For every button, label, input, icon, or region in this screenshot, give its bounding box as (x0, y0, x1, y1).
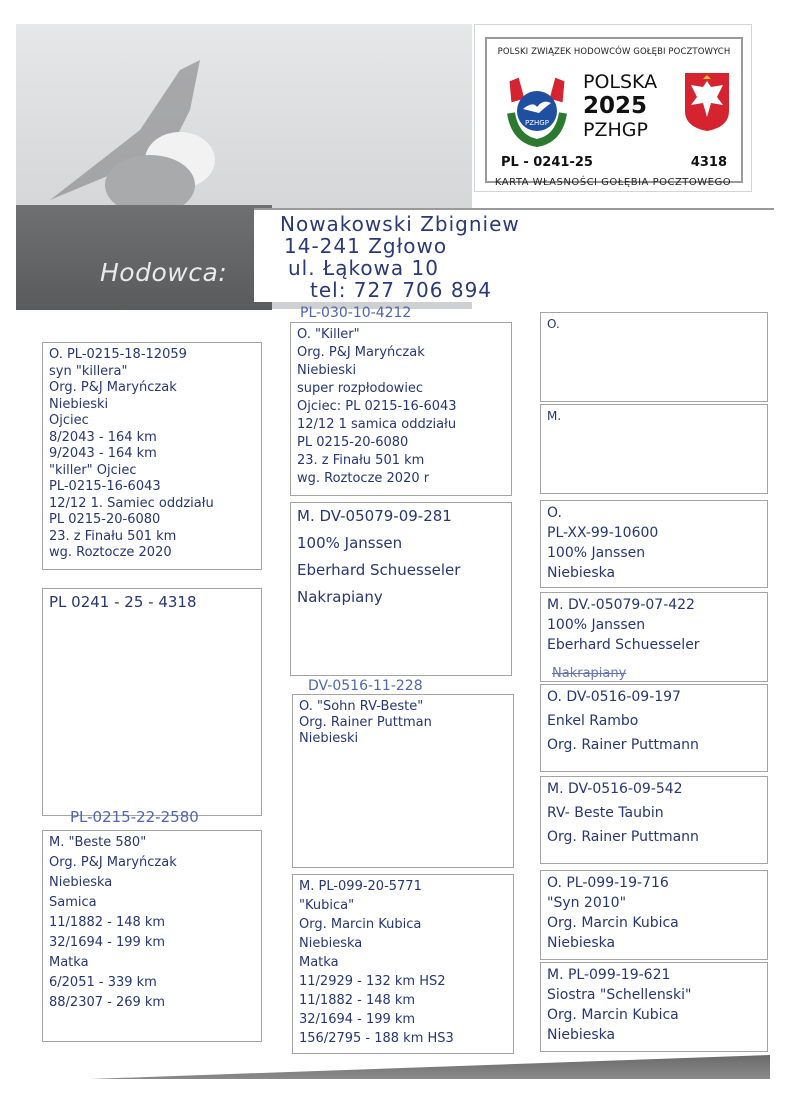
pedigree-line: Niebieska (49, 875, 112, 890)
pedigree-line: O. "Killer" (297, 327, 360, 342)
pigeon-ring: PL 0241 - 25 - 4318 (49, 593, 197, 611)
pedigree-line: 156/2795 - 188 km HS3 (299, 1031, 454, 1046)
pedigree-line: syn "killera" (49, 364, 127, 379)
pedigree-line: O. PL-0215-18-12059 (49, 347, 187, 362)
pedigree-line: Org. Rainer Puttmann (547, 829, 699, 845)
breeder-label: Hodowca: (100, 258, 227, 287)
breeder-postal: 14-241 Zgłowo (284, 234, 447, 258)
pedigree-line: 23. z Finału 501 km (297, 453, 424, 468)
card-footer: KARTA WŁASNOŚCI GOŁĘBIA POCZTOWEGO (475, 177, 751, 188)
father-box: O. PL-0215-18-12059syn "killera"Org. P&J… (42, 342, 262, 570)
pedigree-line: M. DV-05079-09-281 (297, 507, 452, 525)
ffm-box: M. (540, 404, 768, 494)
maternal-grandmother-box: M. PL-099-20-5771"Kubica"Org. Marcin Kub… (292, 874, 514, 1054)
pedigree-line: M. (547, 409, 561, 423)
pedigree-line: 9/2043 - 164 km (49, 446, 157, 461)
breeder-name: Nowakowski Zbigniew (280, 212, 520, 236)
pedigree-line: Org. P&J Maryńczak (49, 380, 177, 395)
pedigree-line: Org. Rainer Puttman (299, 715, 432, 730)
pedigree-line: Org. Marcin Kubica (547, 915, 679, 931)
pedigree-line: Niebieska (547, 935, 615, 951)
pedigree-line: Org. Marcin Kubica (547, 1007, 679, 1023)
pedigree-line: 6/2051 - 339 km (49, 975, 157, 990)
ownership-card: POLSKI ZWIĄZEK HODOWCÓW GOŁĘBI POCZTOWYC… (474, 24, 752, 192)
pedigree-line: 100% Janssen (547, 545, 645, 561)
breeder-phone: tel: 727 706 894 (310, 278, 492, 302)
pedigree-line: 100% Janssen (547, 617, 645, 633)
card-abbr: PZHGP (583, 119, 648, 141)
pedigree-line: Org. P&J Maryńczak (49, 855, 177, 870)
pedigree-line: 32/1694 - 199 km (299, 1012, 415, 1027)
pedigree-line: Samica (49, 895, 97, 910)
pedigree-line: 88/2307 - 269 km (49, 995, 165, 1010)
pedigree-line: M. DV.-05079-07-422 (547, 597, 695, 613)
pedigree-line: O. (547, 317, 560, 331)
pzhgp-dove-logo-icon: PZHGP (505, 73, 569, 147)
pedigree-line: Eberhard Schuesseler (297, 561, 460, 579)
pedigree-line: M. PL-099-19-621 (547, 967, 670, 983)
pedigree-line: PL-0215-16-6043 (49, 479, 161, 494)
pedigree-line: Eberhard Schuesseler (547, 637, 700, 653)
pedigree-line: M. "Beste 580" (49, 835, 146, 850)
pedigree-line: wg. Roztocze 2020 r (297, 471, 429, 486)
pedigree-line: RV- Beste Taubin (547, 805, 664, 821)
pedigree-line: Org. P&J Maryńczak (297, 345, 425, 360)
mother-box: M. "Beste 580"Org. P&J MaryńczakNiebiesk… (42, 830, 262, 1042)
pedigree-line: PL 0215-20-6080 (49, 512, 160, 527)
pedigree-line: 8/2043 - 164 km (49, 430, 157, 445)
mff-box: O. DV-0516-09-197Enkel RamboOrg. Rainer … (540, 684, 768, 772)
pedigree-line: Niebieski (299, 731, 358, 746)
scan-shadow (90, 1055, 770, 1079)
pedigree-line: Org. Rainer Puttmann (547, 737, 699, 753)
pedigree-line: M. DV-0516-09-542 (547, 781, 683, 797)
pedigree-line: 11/1882 - 148 km (49, 915, 165, 930)
fmm-struck-text: Nakrapiany (552, 666, 626, 681)
pedigree-line: Niebieski (297, 363, 356, 378)
fmf-box: O.PL-XX-99-10600100% JanssenNiebieska (540, 500, 768, 588)
pigeon-box: PL 0241 - 25 - 4318 (42, 588, 262, 816)
card-org-name: POLSKI ZWIĄZEK HODOWCÓW GOŁĘBI POCZTOWYC… (487, 47, 741, 57)
pedigree-line: Siostra "Schellenski" (547, 987, 691, 1003)
pedigree-line: Org. Marcin Kubica (299, 917, 421, 932)
card-ring-prefix: PL - 0241-25 (501, 155, 593, 170)
mfm-box: M. DV-0516-09-542RV- Beste TaubinOrg. Ra… (540, 776, 768, 864)
svg-text:PZHGP: PZHGP (525, 119, 549, 127)
pedigree-line: 11/1882 - 148 km (299, 993, 415, 1008)
fff-box: O. (540, 312, 768, 402)
breeder-street: ul. Łąkowa 10 (288, 256, 439, 280)
pedigree-line: PL 0215-20-6080 (297, 435, 408, 450)
pedigree-line: Niebieski (49, 397, 108, 412)
card-year: 2025 (583, 93, 647, 119)
pedigree-line: O. (547, 505, 562, 521)
pedigree-line: 12/12 1. Samiec oddziału (49, 496, 214, 511)
breeder-info: Nowakowski Zbigniew 14-241 Zgłowo ul. Łą… (254, 208, 774, 302)
pedigree-line: 32/1694 - 199 km (49, 935, 165, 950)
pedigree-line: "killer" Ojciec (49, 463, 137, 478)
mf-ring-label: DV-0516-11-228 (308, 678, 423, 694)
pedigree-line: Nakrapiany (297, 588, 383, 606)
pedigree-line: 23. z Finału 501 km (49, 529, 176, 544)
mmf-box: O. PL-099-19-716"Syn 2010"Org. Marcin Ku… (540, 870, 768, 960)
pedigree-line: O. PL-099-19-716 (547, 875, 669, 891)
pedigree-line: Niebieska (547, 565, 615, 581)
pedigree-line: super rozpłodowiec (297, 381, 423, 396)
pedigree-line: Matka (49, 955, 89, 970)
pedigree-line: 12/12 1 samica oddziału (297, 417, 456, 432)
pedigree-line: O. DV-0516-09-197 (547, 689, 681, 705)
pedigree-line: PL-XX-99-10600 (547, 525, 658, 541)
pedigree-line: Matka (299, 955, 339, 970)
pedigree-line: Ojciec (49, 413, 89, 428)
pedigree-line: Ojciec: PL 0215-16-6043 (297, 399, 457, 414)
ff-ring-label: PL-030-10-4212 (300, 305, 411, 321)
pedigree-line: Niebieska (547, 1027, 615, 1043)
pedigree-line: 100% Janssen (297, 534, 402, 552)
pedigree-line: Enkel Rambo (547, 713, 638, 729)
card-country: POLSKA (583, 71, 657, 93)
mother-ring-label: PL-0215-22-2580 (70, 808, 199, 826)
pedigree-line: "Syn 2010" (547, 895, 626, 911)
polish-eagle-emblem-icon (683, 71, 731, 133)
pedigree-line: M. PL-099-20-5771 (299, 879, 422, 894)
pedigree-line: wg. Roztocze 2020 (49, 545, 172, 560)
pedigree-line: O. "Sohn RV-Beste" (299, 699, 423, 714)
pedigree-line: Niebieska (299, 936, 362, 951)
maternal-grandfather-box: O. "Sohn RV-Beste"Org. Rainer PuttmanNie… (292, 694, 514, 868)
pedigree-line: 11/2929 - 132 km HS2 (299, 974, 446, 989)
card-ring-number: 4318 (691, 155, 727, 170)
pedigree-line: "Kubica" (299, 898, 354, 913)
mmm-box: M. PL-099-19-621Siostra "Schellenski"Org… (540, 962, 768, 1052)
paternal-grandmother-box: M. DV-05079-09-281100% JanssenEberhard S… (290, 502, 512, 676)
paternal-grandfather-box: O. "Killer"Org. P&J MaryńczakNiebieskisu… (290, 322, 512, 496)
